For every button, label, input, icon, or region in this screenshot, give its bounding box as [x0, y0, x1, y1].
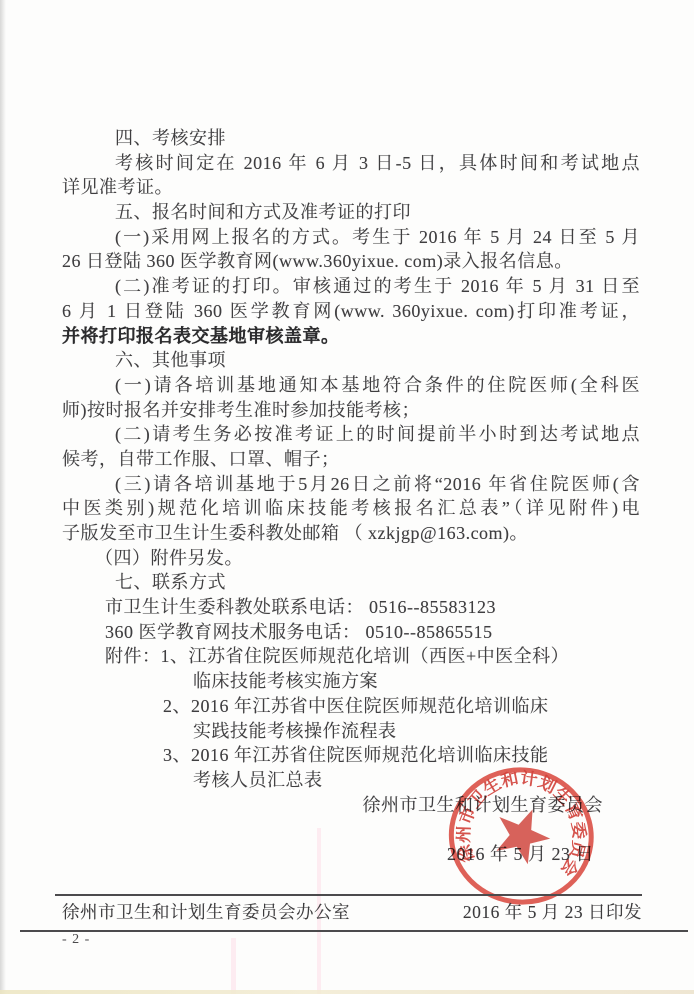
document-line: (一)请各培训基地通知本基地符合条件的住院医师(全科医 [62, 373, 640, 398]
document-line: （四）附件另发。 [62, 546, 640, 571]
contact-phone-line: 360 医学教育网技术服务电话： 0510--85865515 [62, 620, 640, 645]
document-line: 6 月 1 日登陆 360 医学教育网(www. 360yixue. com)打… [62, 299, 640, 324]
document-line: 详见准考证。 [62, 175, 640, 200]
document-line: (二)准考证的打印。审核通过的考生于 2016 年 5 月 31 日至 [62, 274, 640, 299]
footer-rule-top [55, 894, 642, 896]
attachment-line: 2、2016 年江苏省中医住院医师规范化培训临床 [62, 694, 640, 719]
document-line: 四、考核安排 [62, 126, 640, 151]
attachment-line: 3、2016 年江苏省住院医师规范化培训临床技能 [62, 743, 640, 768]
document-line: 中医类别)规范化培训临床技能考核报名汇总表”（详见附件)电 [62, 496, 640, 521]
document-line: 七、联系方式 [62, 570, 640, 595]
document-line-bold: 并将打印报名表交基地审核盖章。 [62, 324, 640, 349]
document-line: 子版发至市卫生计生委科教处邮箱 （ xzkjgp@163.com)。 [62, 521, 640, 546]
page-number: - 2 - [62, 932, 90, 948]
attachment-line: 附件：1、江苏省住院医师规范化培训（西医+中医全科） [62, 644, 640, 669]
signature-date: 2016 年 5 月 23 日 [62, 842, 640, 867]
contact-phone-line: 市卫生计生委科教处联系电话： 0516--85583123 [62, 595, 640, 620]
document-line: (二)请考生务必按准考证上的时间提前半小时到达考试地点 [62, 422, 640, 447]
document-line: (一)采用网上报名的方式。考生于 2016 年 5 月 24 日至 5 月 [62, 225, 640, 250]
attachment-line: 临床技能考核实施方案 [62, 669, 640, 694]
scanned-document-page: 四、考核安排 考核时间定在 2016 年 6 月 3 日-5 日，具体时间和考试… [0, 0, 694, 994]
attachment-line: 实践技能考核操作流程表 [62, 719, 640, 744]
footer: 徐州市卫生和计划生育委员会办公室 2016 年 5 月 23 日印发 [62, 899, 642, 924]
attachment-line: 考核人员汇总表 [62, 768, 640, 793]
signature-organization: 徐州市卫生和计划生育委员会 [62, 793, 640, 818]
footer-rule-bottom [20, 930, 688, 932]
document-line: (三)请各培训基地于5月26日之前将“2016 年省住院医师(含 [62, 472, 640, 497]
scan-bottom-edge [0, 990, 694, 994]
document-line: 五、报名时间和方式及准考证的打印 [62, 200, 640, 225]
scan-left-edge [0, 0, 6, 994]
document-line: 师)按时报名并安排考生准时参加技能考核； [62, 398, 640, 423]
document-body: 四、考核安排 考核时间定在 2016 年 6 月 3 日-5 日，具体时间和考试… [62, 126, 640, 867]
document-line: 26 日登陆 360 医学教育网(www.360yixue. com)录入报名信… [62, 249, 640, 274]
scan-smear [231, 938, 236, 994]
document-line: 候考，自带工作服、口罩、帽子； [62, 447, 640, 472]
document-line: 考核时间定在 2016 年 6 月 3 日-5 日，具体时间和考试地点 [62, 151, 640, 176]
footer-office-name: 徐州市卫生和计划生育委员会办公室 [62, 899, 350, 924]
spacer-line [62, 817, 640, 842]
footer-print-date: 2016 年 5 月 23 日印发 [463, 899, 642, 924]
document-line: 六、其他事项 [62, 348, 640, 373]
